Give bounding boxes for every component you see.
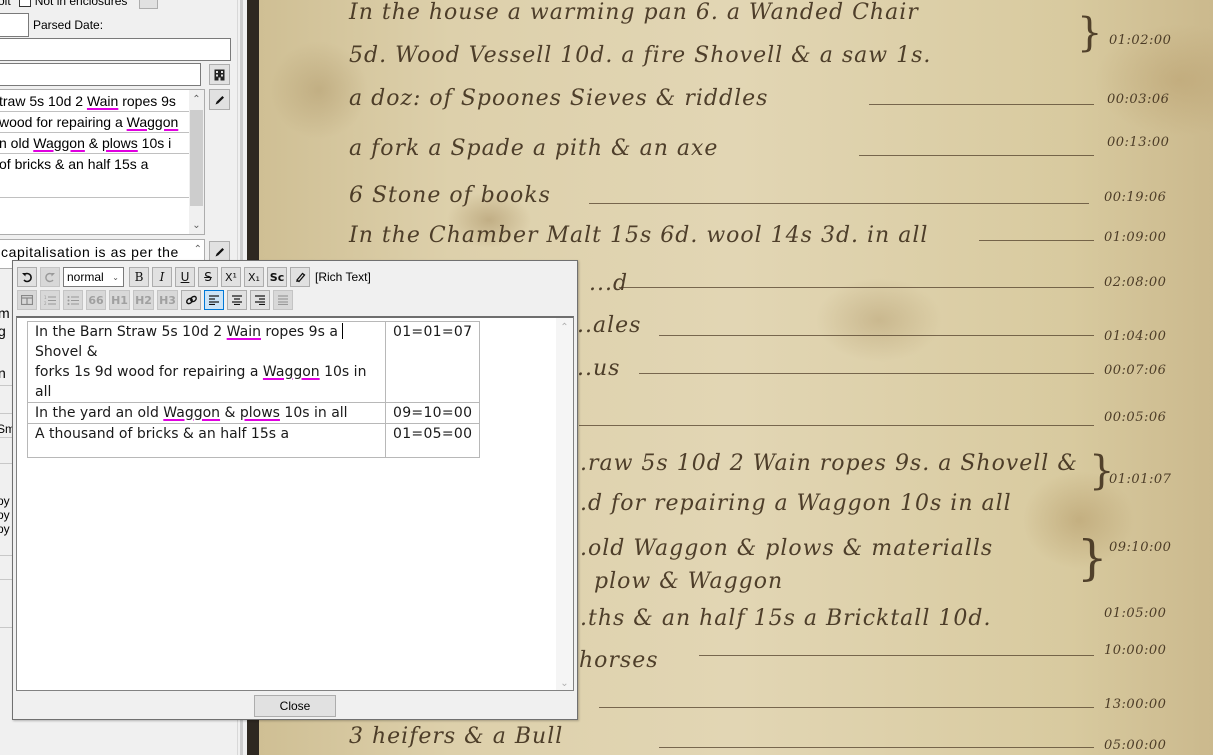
handwritten-line: ...d for repairing a Waggon 10s in all <box>564 491 1012 516</box>
not-in-enclosures-checkbox[interactable] <box>19 0 31 7</box>
parsed-date-field[interactable] <box>0 38 231 61</box>
divider <box>0 437 12 438</box>
amount-text: 00:05:06 <box>1104 410 1166 425</box>
handwritten-line: 3 heifers & a Bull <box>349 724 563 749</box>
ruling-line <box>589 203 1089 204</box>
redo-button[interactable] <box>40 267 60 287</box>
not-in-enclosures-label: Not in enclosures <box>35 0 128 8</box>
close-button[interactable]: Close <box>254 695 336 717</box>
align-center-button[interactable] <box>227 290 247 310</box>
amount-text: 00:03:06 <box>1107 92 1169 107</box>
amount-text: 13:00:00 <box>1104 697 1166 712</box>
transcription-preview[interactable]: traw 5s 10d 2 Wain ropes 9s wood for rep… <box>0 89 205 235</box>
table-row: traw 5s 10d 2 Wain ropes 9s <box>0 91 190 112</box>
italic-icon: I <box>160 270 165 284</box>
divider <box>0 555 12 556</box>
building-icon <box>214 69 225 81</box>
editor-scrollbar[interactable]: ⌃ ⌄ <box>556 318 573 691</box>
handwritten-line: ...d <box>589 271 628 296</box>
align-center-icon <box>232 295 242 305</box>
h2-icon: H2 <box>135 294 152 307</box>
redo-icon <box>44 271 56 283</box>
pencil-icon <box>214 94 226 106</box>
handwritten-line: In the house a warming pan 6. a Wanded C… <box>349 0 919 25</box>
transcription-table[interactable]: In the Barn Straw 5s 10d 2 Wain ropes 9s… <box>27 321 480 458</box>
insert-table-button[interactable] <box>17 290 37 310</box>
justify-button[interactable] <box>273 290 293 310</box>
bold-button[interactable]: B <box>129 267 149 287</box>
table-row: A thousand of bricks & an half 15s a 01=… <box>28 424 480 458</box>
clipped-text: py <box>0 494 10 508</box>
blockquote-button[interactable]: 66 <box>86 290 106 310</box>
superscript-icon: X¹ <box>225 271 237 284</box>
handwritten-line: ...ths & an half 15s a Bricktall 10d. <box>564 606 991 631</box>
subscript-button[interactable]: X₁ <box>244 267 264 287</box>
edit-notes-button[interactable] <box>209 241 230 262</box>
divider <box>0 413 12 414</box>
underline-button[interactable]: U <box>175 267 195 287</box>
handwritten-line: ...raw 5s 10d 2 Wain ropes 9s. a Shovell… <box>564 451 1078 476</box>
ruling-line <box>979 240 1094 241</box>
small-caps-button[interactable]: Sc <box>267 267 287 287</box>
handwritten-line: ...ales <box>569 313 641 338</box>
underline-icon: U <box>181 270 190 284</box>
value-cell[interactable]: 09=10=00 <box>386 403 480 424</box>
ruling-line <box>619 287 1094 288</box>
clipped-text: py <box>0 508 10 522</box>
align-right-icon <box>255 295 265 305</box>
table-row: wood for repairing a Waggon <box>0 112 190 133</box>
ruling-line <box>579 425 1094 426</box>
eraser-icon <box>294 271 306 283</box>
ruling-line <box>869 104 1094 105</box>
transcription-preview-table: traw 5s 10d 2 Wain ropes 9s wood for rep… <box>0 91 190 198</box>
handwritten-line: a doz: of Spoones Sieves & riddles <box>349 86 768 111</box>
rich-text-editor-area[interactable]: In the Barn Straw 5s 10d 2 Wain ropes 9s… <box>16 316 574 691</box>
scrollbar-thumb[interactable] <box>190 110 203 206</box>
scroll-down-icon[interactable]: ⌄ <box>189 218 204 234</box>
divider <box>0 463 12 464</box>
heading-1-button[interactable]: H1 <box>109 290 130 310</box>
heading-3-button[interactable]: H3 <box>157 290 178 310</box>
table-row: In the Barn Straw 5s 10d 2 Wain ropes 9s… <box>28 322 480 403</box>
undo-icon <box>21 271 33 283</box>
superscript-button[interactable]: X¹ <box>221 267 241 287</box>
handwritten-line: 6 Stone of books <box>349 183 551 208</box>
bullet-list-icon <box>67 295 79 306</box>
divider <box>0 627 12 628</box>
table-icon <box>21 295 33 305</box>
align-left-icon <box>209 295 219 305</box>
scroll-up-icon[interactable]: ⌃ <box>194 244 202 255</box>
amount-text: 01:02:00 <box>1109 33 1171 48</box>
app-window: oit Not in enclosures Parsed Date: traw … <box>0 0 1213 755</box>
description-cell[interactable]: In the yard an old Waggon & plows 10s in… <box>28 403 386 424</box>
amount-text: 09:10:00 <box>1109 540 1171 555</box>
description-cell[interactable]: In the Barn Straw 5s 10d 2 Wain ropes 9s… <box>28 322 386 403</box>
chevron-down-icon: ⌄ <box>112 273 119 282</box>
rich-text-editor-dialog: normal ⌄ B I U S X¹ X₁ Sc [Rich Text] 12 <box>12 260 578 720</box>
paragraph-format-select[interactable]: normal ⌄ <box>63 267 124 287</box>
amount-text: 01:04:00 <box>1104 329 1166 344</box>
ordered-list-icon: 12 <box>44 295 56 306</box>
description-cell[interactable]: A thousand of bricks & an half 15s a <box>28 424 386 458</box>
h1-icon: H1 <box>111 294 128 307</box>
text-cursor <box>342 323 343 339</box>
value-cell[interactable]: 01=01=07 <box>386 322 480 403</box>
pencil-icon <box>214 246 226 258</box>
partial-checkbox-label: oit <box>0 0 11 8</box>
amount-text: 00:19:06 <box>1104 190 1166 205</box>
divider <box>0 579 12 580</box>
ruling-line <box>659 747 1094 748</box>
ruling-line <box>699 655 1094 656</box>
bold-icon: B <box>135 270 144 284</box>
quote-icon: 66 <box>88 294 103 307</box>
amount-text: 00:07:06 <box>1104 363 1166 378</box>
ruling-line <box>859 155 1094 156</box>
amount-text: 01:09:00 <box>1104 230 1166 245</box>
amount-text: 01:05:00 <box>1104 606 1166 621</box>
insert-link-button[interactable] <box>181 290 201 310</box>
brace: } <box>1077 530 1108 586</box>
handwritten-line: 5d. Wood Vessell 10d. a fire Shovell & a… <box>349 43 931 68</box>
undo-button[interactable] <box>17 267 37 287</box>
notes-text: capitalisation is as per the <box>1 244 179 260</box>
italic-button[interactable]: I <box>152 267 172 287</box>
strikethrough-button[interactable]: S <box>198 267 218 287</box>
table-row: of bricks & an half 15s a <box>0 154 190 198</box>
amount-text: 05:00:00 <box>1104 738 1166 753</box>
clipped-text: g <box>0 323 6 339</box>
value-cell[interactable]: 01=05=00 <box>386 424 480 458</box>
handwritten-line: plow & Waggon <box>594 569 783 594</box>
align-right-button[interactable] <box>250 290 270 310</box>
editor-mode-label: [Rich Text] <box>315 270 371 284</box>
brace: } <box>1089 448 1114 494</box>
justify-icon <box>278 295 288 305</box>
handwritten-line: ...old Waggon & plows & materialls <box>564 536 993 561</box>
parsed-date-label: Parsed Date: <box>33 18 103 32</box>
handwritten-line: horses <box>579 648 659 673</box>
bullet-list-button[interactable] <box>63 290 83 310</box>
table-row: In the yard an old Waggon & plows 10s in… <box>28 403 480 424</box>
link-icon <box>185 294 198 306</box>
top-icon-button[interactable] <box>139 0 158 9</box>
svg-text:1: 1 <box>44 295 47 300</box>
edit-transcription-button[interactable] <box>209 89 230 110</box>
ruling-line <box>659 335 1094 336</box>
scroll-up-icon[interactable]: ⌃ <box>556 322 573 333</box>
scroll-up-icon[interactable]: ⌃ <box>189 92 204 108</box>
ordered-list-button[interactable]: 12 <box>40 290 60 310</box>
amount-text: 10:00:00 <box>1104 643 1166 658</box>
clipped-text: n <box>0 365 6 381</box>
clipped-text: py <box>0 522 10 536</box>
heading-2-button[interactable]: H2 <box>133 290 154 310</box>
location-field[interactable] <box>0 63 201 86</box>
strikethrough-icon: S <box>204 270 212 284</box>
subscript-icon: X₁ <box>248 271 260 284</box>
handwritten-line: In the Chamber Malt 15s 6d. wool 14s 3d.… <box>349 223 928 248</box>
table-row: n old Waggon & plows 10s i <box>0 133 190 154</box>
date-input[interactable] <box>0 13 29 37</box>
toolbar-row-2: 12 66 H1 H2 H3 <box>17 289 296 311</box>
handwritten-line: a fork a Spade a pith & an axe <box>349 136 718 161</box>
amount-text: 02:08:00 <box>1104 275 1166 290</box>
h3-icon: H3 <box>159 294 176 307</box>
ruling-line <box>639 373 1094 374</box>
small-caps-icon: Sc <box>270 271 284 284</box>
preview-scrollbar[interactable]: ⌃ ⌄ <box>189 90 204 234</box>
align-left-button[interactable] <box>204 290 224 310</box>
amount-text: 00:13:00 <box>1107 135 1169 150</box>
scroll-down-icon[interactable]: ⌄ <box>556 678 573 689</box>
clipped-text: m <box>0 305 10 321</box>
clear-format-button[interactable] <box>290 267 310 287</box>
format-select-value: normal <box>67 270 104 284</box>
amount-text: 01:01:07 <box>1109 472 1171 487</box>
top-options-row: oit Not in enclosures <box>0 0 127 8</box>
brace: } <box>1077 10 1102 56</box>
building-lookup-button[interactable] <box>209 64 230 85</box>
svg-text:2: 2 <box>44 301 47 306</box>
toolbar-row-1: normal ⌄ B I U S X¹ X₁ Sc [Rich Text] <box>17 266 371 288</box>
divider <box>0 385 12 386</box>
ruling-line <box>599 707 1094 708</box>
